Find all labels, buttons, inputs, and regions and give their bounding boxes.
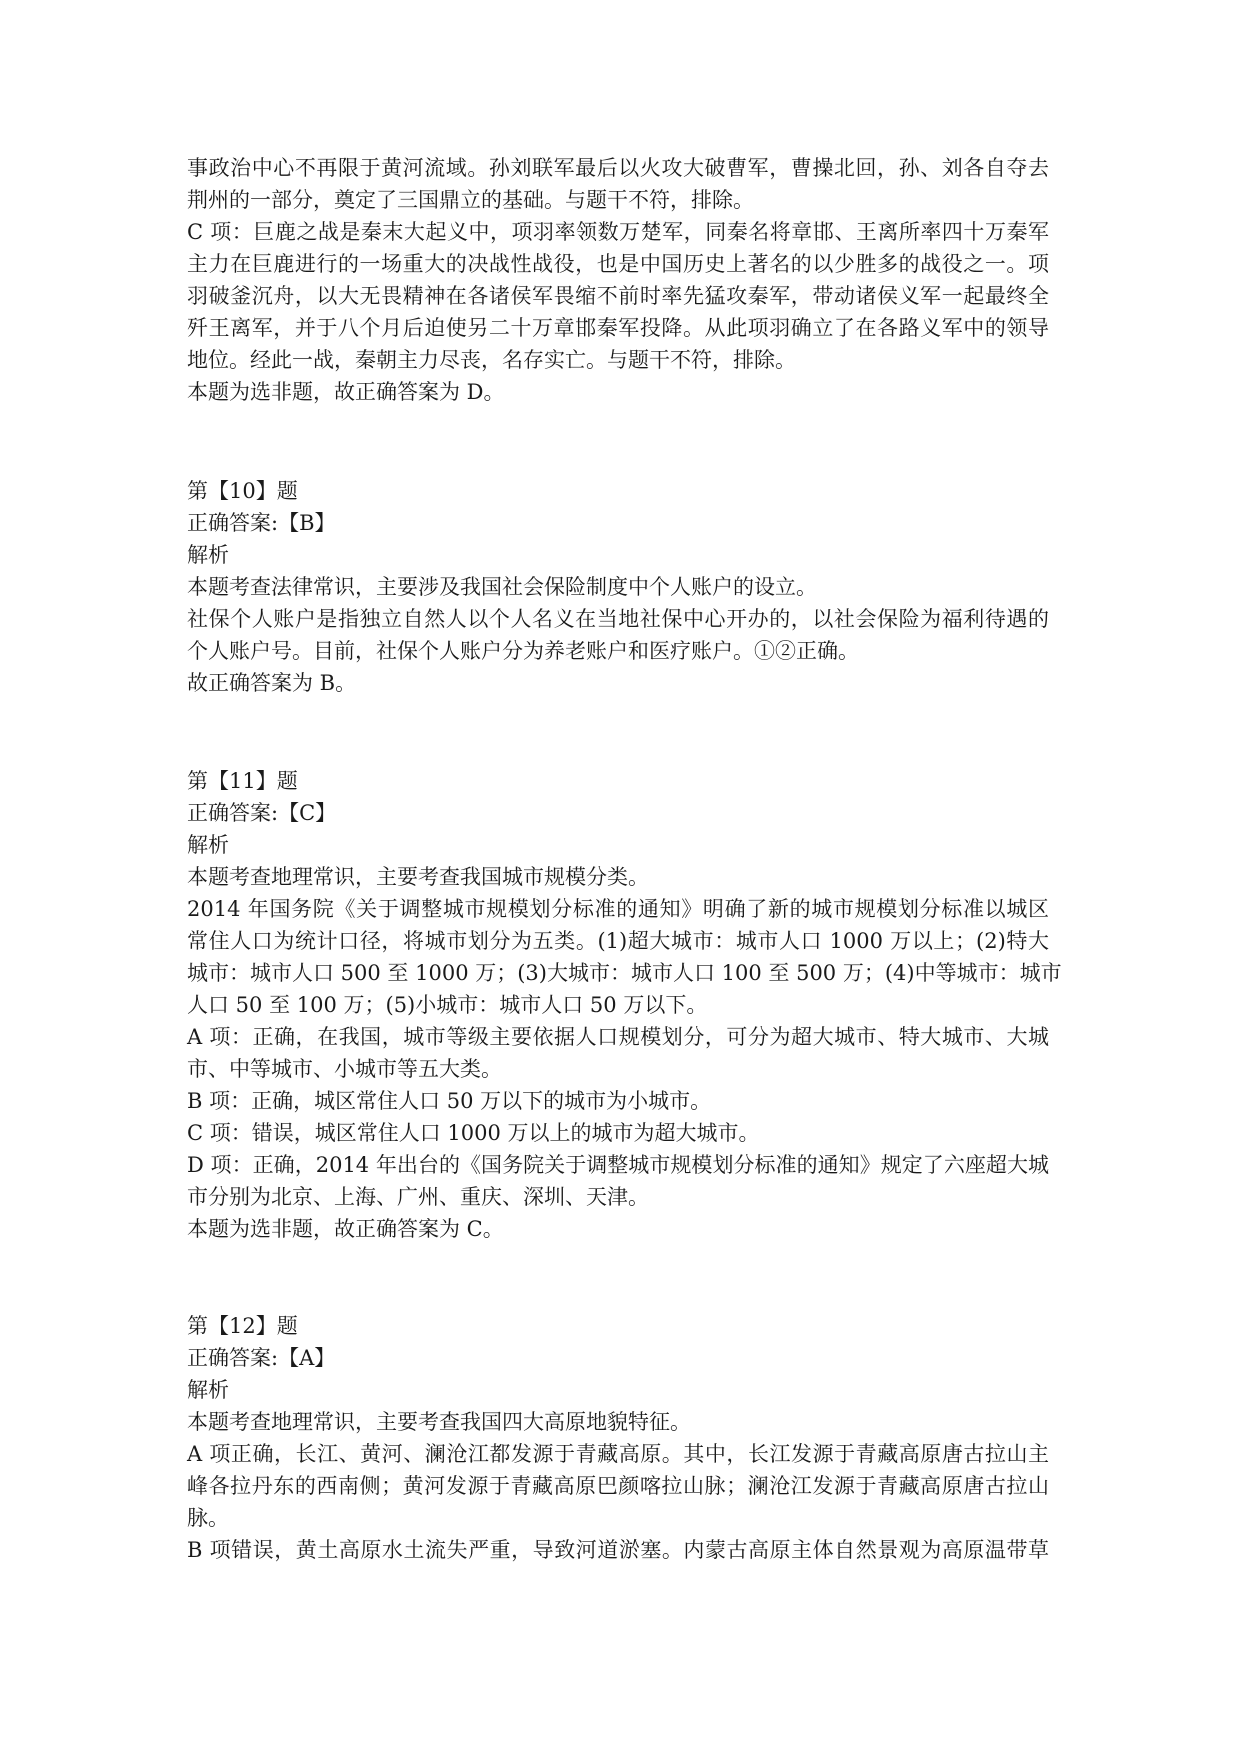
correct-answer: 正确答案:【C】: [187, 797, 1049, 829]
question-title: 第【12】题: [187, 1310, 1049, 1342]
paragraph-line: 人口 50 至 100 万；(5)小城市：城市人口 50 万以下。: [187, 989, 1049, 1021]
option-c-line: C 项：错误，城区常住人口 1000 万以上的城市为超大城市。: [187, 1117, 1049, 1149]
paragraph-line: 城市：城市人口 500 至 1000 万；(3)大城市：城市人口 100 至 5…: [187, 957, 1049, 989]
paragraph-line: 本题考查地理常识，主要考查我国城市规模分类。: [187, 861, 1049, 893]
option-a-line: A 项：正确，在我国，城市等级主要依据人口规模划分，可分为超大城市、特大城市、大…: [187, 1021, 1049, 1053]
paragraph-line: 本题考查法律常识，主要涉及我国社会保险制度中个人账户的设立。: [187, 571, 1049, 603]
paragraph-line: 荆州的一部分，奠定了三国鼎立的基础。与题干不符，排除。: [187, 184, 1049, 216]
paragraph-line: 本题考查地理常识，主要考查我国四大高原地貌特征。: [187, 1406, 1049, 1438]
option-b-line: B 项：正确，城区常住人口 50 万以下的城市为小城市。: [187, 1085, 1049, 1117]
question-title: 第【11】题: [187, 765, 1049, 797]
analysis-label: 解析: [187, 829, 1049, 861]
paragraph-line: 2014 年国务院《关于调整城市规模划分标准的通知》明确了新的城市规模划分标准以…: [187, 893, 1049, 925]
correct-answer: 正确答案:【B】: [187, 507, 1049, 539]
option-a-line: A 项正确，长江、黄河、澜沧江都发源于青藏高原。其中，长江发源于青藏高原唐古拉山…: [187, 1438, 1049, 1470]
analysis-label: 解析: [187, 539, 1049, 571]
paragraph-line: 社保个人账户是指独立自然人以个人名义在当地社保中心开办的，以社会保险为福利待遇的: [187, 603, 1049, 635]
option-a-line: 峰各拉丹东的西南侧；黄河发源于青藏高原巴颜喀拉山脉；澜沧江发源于青藏高原唐古拉山: [187, 1470, 1049, 1502]
paragraph-line: 事政治中心不再限于黄河流域。孙刘联军最后以火攻大破曹军，曹操北回，孙、刘各自夺去: [187, 152, 1049, 184]
correct-answer: 正确答案:【A】: [187, 1342, 1049, 1374]
document-page: 事政治中心不再限于黄河流域。孙刘联军最后以火攻大破曹军，曹操北回，孙、刘各自夺去…: [0, 0, 1240, 1754]
option-d-line: D 项：正确，2014 年出台的《国务院关于调整城市规模划分标准的通知》规定了六…: [187, 1149, 1049, 1181]
paragraph-line: 个人账户号。目前，社保个人账户分为养老账户和医疗账户。①②正确。: [187, 635, 1049, 667]
conclusion-line: 本题为选非题，故正确答案为 C。: [187, 1213, 1049, 1245]
conclusion-line: 本题为选非题，故正确答案为 D。: [187, 376, 1049, 408]
paragraph-line: 羽破釜沉舟，以大无畏精神在各诸侯军畏缩不前时率先猛攻秦军，带动诸侯义军一起最终全: [187, 280, 1049, 312]
option-a-line: 脉。: [187, 1502, 1049, 1534]
paragraph-line: 歼王离军，并于八个月后迫使另二十万章邯秦军投降。从此项羽确立了在各路义军中的领导: [187, 312, 1049, 344]
option-b-line: B 项错误，黄土高原水土流失严重，导致河道淤塞。内蒙古高原主体自然景观为高原温带…: [187, 1534, 1049, 1566]
paragraph-line: 地位。经此一战，秦朝主力尽丧，名存实亡。与题干不符，排除。: [187, 344, 1049, 376]
analysis-label: 解析: [187, 1374, 1049, 1406]
paragraph-line: 主力在巨鹿进行的一场重大的决战性战役，也是中国历史上著名的以少胜多的战役之一。项: [187, 248, 1049, 280]
paragraph-line: 常住人口为统计口径，将城市划分为五类。(1)超大城市：城市人口 1000 万以上…: [187, 925, 1049, 957]
conclusion-line: 故正确答案为 B。: [187, 667, 1049, 699]
paragraph-line: C 项：巨鹿之战是秦末大起义中，项羽率领数万楚军，同秦名将章邯、王离所率四十万秦…: [187, 216, 1049, 248]
option-a-line: 市、中等城市、小城市等五大类。: [187, 1053, 1049, 1085]
option-d-line: 市分别为北京、上海、广州、重庆、深圳、天津。: [187, 1181, 1049, 1213]
question-title: 第【10】题: [187, 475, 1049, 507]
